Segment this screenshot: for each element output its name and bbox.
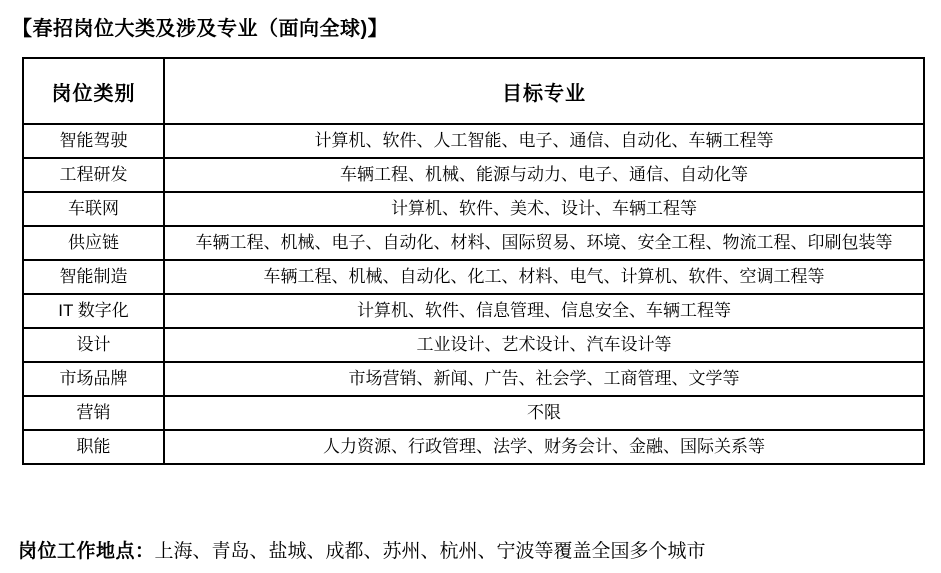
table-row: 设计工业设计、艺术设计、汽车设计等 (23, 328, 924, 362)
work-locations-label: 岗位工作地点： (18, 541, 155, 562)
target-majors-cell: 计算机、软件、信息管理、信息安全、车辆工程等 (164, 294, 924, 328)
work-locations-line: 岗位工作地点：上海、青岛、盐城、成都、苏州、杭州、宁波等覆盖全国多个城市 (18, 536, 706, 563)
job-categories-table: 岗位类别 目标专业 智能驾驶计算机、软件、人工智能、电子、通信、自动化、车辆工程… (22, 57, 925, 465)
target-majors-cell: 市场营销、新闻、广告、社会学、工商管理、文学等 (164, 362, 924, 396)
column-header-target-majors: 目标专业 (164, 58, 924, 124)
table-row: 车联网计算机、软件、美术、设计、车辆工程等 (23, 192, 924, 226)
target-majors-cell: 工业设计、艺术设计、汽车设计等 (164, 328, 924, 362)
target-majors-cell: 车辆工程、机械、电子、自动化、材料、国际贸易、环境、安全工程、物流工程、印刷包装… (164, 226, 924, 260)
job-category-cell: 设计 (23, 328, 164, 362)
table-row: 智能制造车辆工程、机械、自动化、化工、材料、电气、计算机、软件、空调工程等 (23, 260, 924, 294)
table-row: 营销不限 (23, 396, 924, 430)
job-category-cell: 智能制造 (23, 260, 164, 294)
target-majors-cell: 车辆工程、机械、自动化、化工、材料、电气、计算机、软件、空调工程等 (164, 260, 924, 294)
target-majors-cell: 人力资源、行政管理、法学、财务会计、金融、国际关系等 (164, 430, 924, 464)
column-header-job-category: 岗位类别 (23, 58, 164, 124)
table-row: IT 数字化计算机、软件、信息管理、信息安全、车辆工程等 (23, 294, 924, 328)
job-category-cell: 市场品牌 (23, 362, 164, 396)
target-majors-cell: 计算机、软件、人工智能、电子、通信、自动化、车辆工程等 (164, 124, 924, 158)
table-header-row: 岗位类别 目标专业 (23, 58, 924, 124)
table-row: 职能人力资源、行政管理、法学、财务会计、金融、国际关系等 (23, 430, 924, 464)
job-category-cell: 供应链 (23, 226, 164, 260)
job-category-cell: 工程研发 (23, 158, 164, 192)
table-row: 市场品牌市场营销、新闻、广告、社会学、工商管理、文学等 (23, 362, 924, 396)
job-category-cell: 营销 (23, 396, 164, 430)
target-majors-cell: 不限 (164, 396, 924, 430)
work-locations-text: 上海、青岛、盐城、成都、苏州、杭州、宁波等覆盖全国多个城市 (155, 541, 706, 562)
job-table-body: 智能驾驶计算机、软件、人工智能、电子、通信、自动化、车辆工程等工程研发车辆工程、… (23, 124, 924, 464)
page-title: 【春招岗位大类及涉及专业（面向全球)】 (12, 12, 388, 41)
table-row: 供应链车辆工程、机械、电子、自动化、材料、国际贸易、环境、安全工程、物流工程、印… (23, 226, 924, 260)
job-category-cell: 智能驾驶 (23, 124, 164, 158)
job-category-cell: IT 数字化 (23, 294, 164, 328)
document-page: 【春招岗位大类及涉及专业（面向全球)】 岗位类别 目标专业 智能驾驶计算机、软件… (0, 0, 941, 573)
target-majors-cell: 车辆工程、机械、能源与动力、电子、通信、自动化等 (164, 158, 924, 192)
job-category-cell: 车联网 (23, 192, 164, 226)
table-row: 智能驾驶计算机、软件、人工智能、电子、通信、自动化、车辆工程等 (23, 124, 924, 158)
target-majors-cell: 计算机、软件、美术、设计、车辆工程等 (164, 192, 924, 226)
job-category-cell: 职能 (23, 430, 164, 464)
table-row: 工程研发车辆工程、机械、能源与动力、电子、通信、自动化等 (23, 158, 924, 192)
